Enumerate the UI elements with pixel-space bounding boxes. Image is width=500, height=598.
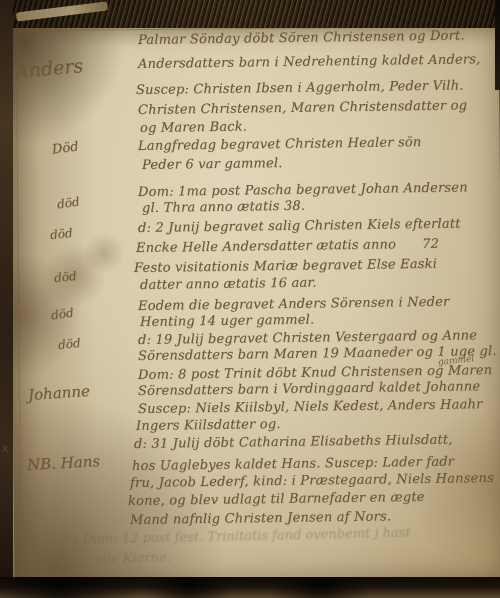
entry-line: Encke Helle Andersdatter ætatis anno 72 <box>136 238 439 256</box>
entry-line: Dom: 1ma post Pascha begravet Johan Ande… <box>138 181 468 200</box>
entry-line: datter anno ætatis 16 aar. <box>140 277 317 293</box>
margin-label-dod-1: Död <box>51 139 79 157</box>
entry-line: Mand nafnlig Christen Jensen af Nors. <box>130 510 391 528</box>
entry-line: Peder 6 var gammel. <box>142 157 283 173</box>
entry-line: d: 31 Julij döbt Catharina Elisabeths Hi… <box>134 434 453 452</box>
entry-line: gl. Thra anno ætatis 38. <box>142 200 305 216</box>
entry-line: Henting 14 uger gammel. <box>140 314 315 330</box>
entry-line: Christen Christensen, Maren Christensdat… <box>138 99 467 118</box>
entry-line: fru, Jacob Lederf, kind: i Præstegaard, … <box>130 472 494 491</box>
entry-line: d: 2 Junij begravet salig Christen Kiels… <box>138 217 461 236</box>
entry-line: Eodem die begravet Anders Sörensen i Ned… <box>138 296 450 314</box>
entry-line: Langfredag begravet Christen Healer sön <box>138 136 422 154</box>
margin-label-dod-3: död <box>49 226 73 242</box>
margin-label-dod-4: död <box>53 269 77 285</box>
entry-line: Sörensdatters barn i Vordinggaard kaldet… <box>138 380 480 399</box>
margin-label-anders: Anders <box>14 55 84 83</box>
faded-line: alle Kierne. <box>95 550 171 567</box>
margin-label-nb-hans: NB. Hans <box>27 452 101 474</box>
faded-line: fra Dom: 12 post fest. Trinitatis fand o… <box>60 526 411 548</box>
entry-line: Ingers Kiilsdatter og. <box>136 418 281 434</box>
margin-label-dod-5: död <box>50 306 74 323</box>
entry-line: kone, og blev udlagt til Barnefader en æ… <box>128 491 425 509</box>
entry-line: Suscep: Christen Ibsen i Aggerholm, Pede… <box>136 79 464 98</box>
entry-line: og Maren Back. <box>140 121 247 136</box>
entry-line: Suscep: Niels Kiilsbyl, Niels Kedest, An… <box>138 398 483 417</box>
manuscript-scan: Anders Död död död död död död Johanne N… <box>0 0 500 598</box>
margin-label-johanne: Johanne <box>27 382 90 404</box>
margin-label-dod-2: död <box>56 194 80 211</box>
entry-line: Palmar Sönday döbt Sören Christensen og … <box>138 29 465 48</box>
margin-label-dod-6: död <box>57 336 81 352</box>
entry-line: Festo visitationis Mariæ begravet Else E… <box>134 258 437 276</box>
margin-cross-mark: x <box>2 441 9 455</box>
handwriting-layer: Anders Död död död död död död Johanne N… <box>0 0 500 598</box>
entry-line: Andersdatters barn i Nedrehenting kaldet… <box>138 53 481 72</box>
